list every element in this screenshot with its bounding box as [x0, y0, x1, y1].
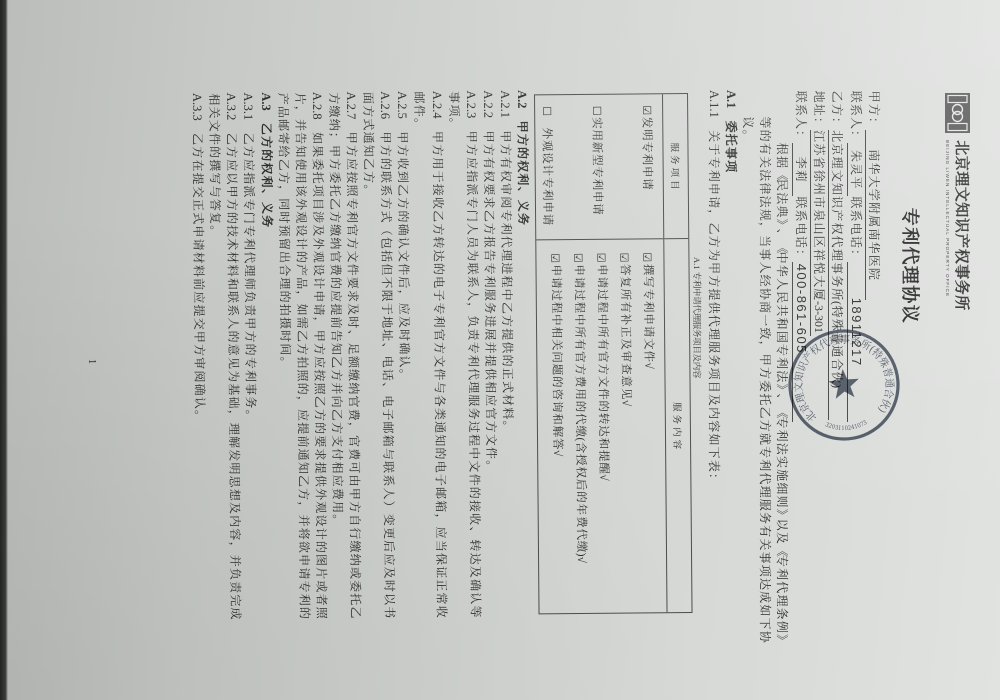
clause-number: A.2.7: [342, 91, 359, 131]
clause: A.1.1关于专利申请，乙方为甲方提供代理服务项目及内容如下表：: [706, 90, 723, 621]
clause-text: 甲方有权要求乙方报告专利服务进展并提供相应官方文件。: [482, 130, 499, 473]
clause-number: A.2.6: [377, 91, 394, 131]
service-item-label: 外观设计专利申请: [540, 127, 553, 225]
service-content-label: 申请过程中所有官方费用的代缴(含授权后的年费代缴)√: [573, 264, 588, 563]
page-number: 1: [85, 359, 97, 364]
service-content: 申请过程中相关问题的咨询和解答√: [544, 253, 570, 613]
contact-a-name: 朱灵平: [847, 143, 864, 196]
section-number: A.1: [723, 90, 740, 120]
table-caption: A.1 专利申请代理服务项目及内容: [690, 257, 704, 378]
clause-text: 甲方的联系方式（包括但不限于地址、电话、电子邮箱与联系人）变更后应及时以书面方式…: [362, 91, 398, 618]
section-number: A.2: [513, 90, 530, 120]
clause-text: 乙方应以甲方的技术材料和联系人的意见为基础，理解发明思想及内容，并负责完成相关文…: [208, 93, 244, 620]
phone-b-label: 联系电话：: [793, 196, 809, 262]
clause-text: 甲方有权审阅专利代理进程中乙方提供的正式材料。: [499, 130, 516, 433]
contact-b-name: 李莉: [792, 143, 809, 196]
document-page: 北京理文知识产权事务所 BEIJING LIWEN INTELLECTUAL P…: [0, 0, 1000, 700]
service-item: 实用新型专利申请: [587, 106, 606, 239]
clause: A.3.2乙方应以甲方的技术材料和联系人的意见为基础，理解发明思想及内容，并负责…: [206, 93, 245, 624]
star-icon: [827, 368, 860, 399]
header-service-contents: 服务内容: [664, 239, 691, 612]
checkbox-icon: [537, 106, 555, 117]
clause-number: A.3.1: [240, 92, 257, 132]
service-contents-cell: 撰写专利申请文件√ 答复所有补正及审查意见√ 申请过程中所有官方文件的转达和提醒…: [536, 239, 666, 613]
clause-number: A.2.5: [394, 91, 411, 131]
table-header-row: 服务项目 服务内容: [662, 94, 692, 612]
party-a-label: 甲方：: [866, 90, 882, 130]
clause-number: A.2.4: [428, 91, 445, 131]
service-content: 申请过程中所有官方费用的代缴(含授权后的年费代缴)√: [567, 253, 593, 613]
clause-text: 甲方应按照专利官方文件要求及时、足额缴纳官费，官费可由甲方自行缴纳或委托乙方缴纳…: [327, 92, 363, 619]
checkbox-icon: [637, 105, 655, 116]
checkbox-icon: [544, 253, 567, 264]
clause-number: A.3.2: [223, 93, 240, 133]
document-title: 专利代理协议: [900, 207, 920, 323]
clause-number: A.2.1: [496, 90, 513, 130]
header-service-items: 服务项目: [663, 94, 688, 239]
section-title: 委托事项: [725, 120, 739, 173]
firm-name: 北京理文知识产权事务所: [953, 140, 969, 311]
clause-number: A.2.2: [479, 90, 496, 130]
clause-number: A.3.3: [189, 93, 206, 133]
checkbox-icon: [590, 253, 613, 264]
service-table: 服务项目 服务内容 发明专利申请 实用新型专利申请 外观设计专利申请 撰写专利申…: [534, 93, 693, 614]
checkbox-icon: [587, 106, 605, 117]
liwen-logo-icon: [945, 93, 970, 133]
party-b-label: 乙方：: [829, 90, 845, 130]
section-heading: A.1委托事项: [723, 90, 740, 621]
clause-number: A.2.8: [308, 92, 325, 132]
clause-number: A.2.3: [462, 90, 479, 130]
service-items-cell: 发明专利申请 实用新型专利申请 外观设计专利申请: [535, 94, 663, 240]
clause: A.2.8如果委托项目涉及外观设计申请，甲方应按照乙方的要求提供外观设计的图片或…: [274, 92, 330, 623]
address-label: 地址：: [811, 90, 827, 130]
contact-a-label: 联系人：: [848, 90, 864, 143]
service-item: 发明专利申请: [637, 105, 656, 238]
service-content-label: 撰写专利申请文件√: [642, 263, 655, 369]
table-body-row: 发明专利申请 实用新型专利申请 外观设计专利申请 撰写专利申请文件√ 答复所有补…: [535, 94, 667, 613]
phone-a-label: 联系电话：: [848, 196, 864, 262]
clause: A.2.7甲方应按照专利官方文件要求及时、足额缴纳官费，官费可由甲方自行缴纳或委…: [325, 91, 364, 622]
clause-text: 甲方用于接收乙方转达的电子专利官方文件与各类通知的电子邮箱，应当保证正常收邮件。: [413, 91, 449, 618]
preamble-section: 根据《民法典》、《中华人民共和国专利法》、《专利法实施细则》以及《专利代理条例》…: [706, 90, 791, 621]
service-content-label: 申请过程中所有官方文件的转达和提醒√: [596, 264, 610, 481]
seal-number: 3203110241073: [824, 418, 869, 434]
service-item-label: 发明专利申请: [640, 116, 653, 190]
clause-text: 甲方收到乙方的确认文件后，应及时确认。: [396, 131, 412, 382]
clause-text: 乙方在提交正式申请材料前应提交甲方审阅确认。: [191, 132, 208, 422]
clause: A.2.6甲方的联系方式（包括但不限于地址、电话、电子邮箱与联系人）变更后应及时…: [360, 91, 399, 622]
service-item: 外观设计专利申请: [537, 106, 556, 239]
clause: A.2.3甲方应指派专门人员为联系人，负责专利代理服务过程中文件的接收、转达及确…: [445, 90, 484, 621]
service-content: 答复所有补正及审查意见√: [613, 252, 639, 612]
service-content: 申请过程中所有官方文件的转达和提醒√: [590, 253, 616, 613]
clause-number: A.1.1: [706, 90, 723, 130]
contact-b-label: 联系人：: [793, 90, 809, 143]
clause-text: 乙方应指派专门专利代理师负责甲方的专利事务。: [242, 132, 259, 422]
firm-name-english: BEIJING LIWEN INTELLECTUAL PROPERTY OFFI…: [945, 140, 951, 297]
service-content-label: 申请过程中相关问题的咨询和解答√: [550, 264, 564, 456]
section-title: 甲方的权利、义务: [516, 120, 531, 226]
checkbox-icon: [567, 253, 590, 264]
clause: A.2.4甲方用于接收乙方转达的电子专利官方文件与各类通知的电子邮箱，应当保证正…: [411, 91, 450, 622]
section-number: A.3: [257, 92, 274, 122]
checkbox-icon: [613, 252, 636, 263]
section-title: 乙方的权利、义务: [259, 122, 274, 228]
party-a-name: 南华大学附属南华医院: [865, 130, 882, 300]
clause-text: 甲方应指派专门人员为联系人，负责专利代理服务过程中文件的接收、转达及确认等事项。: [447, 91, 483, 618]
clause-text: 如果委托项目涉及外观设计申请，甲方应按照乙方的要求提供外观设计的图片或者照片，并…: [276, 92, 329, 620]
official-seal: 北京理文知识产权代理事务所(特殊普通合伙) 3203110241073: [781, 322, 907, 448]
clause-text: 关于专利申请，乙方为甲方提供代理服务项目及内容如下表：: [708, 130, 722, 486]
obligations-section: A.2甲方的权利、义务 A.2.1甲方有权审阅专利代理进程中乙方提供的正式材料。…: [189, 90, 535, 624]
service-item-label: 实用新型专利申请: [590, 117, 603, 215]
service-content-label: 答复所有补正及审查意见√: [619, 264, 632, 407]
service-content: 撰写专利申请文件√: [636, 252, 662, 612]
address-value: 江苏省徐州市泉山区祥悦大厦-3-301: [810, 130, 827, 336]
checkbox-icon: [636, 252, 659, 263]
